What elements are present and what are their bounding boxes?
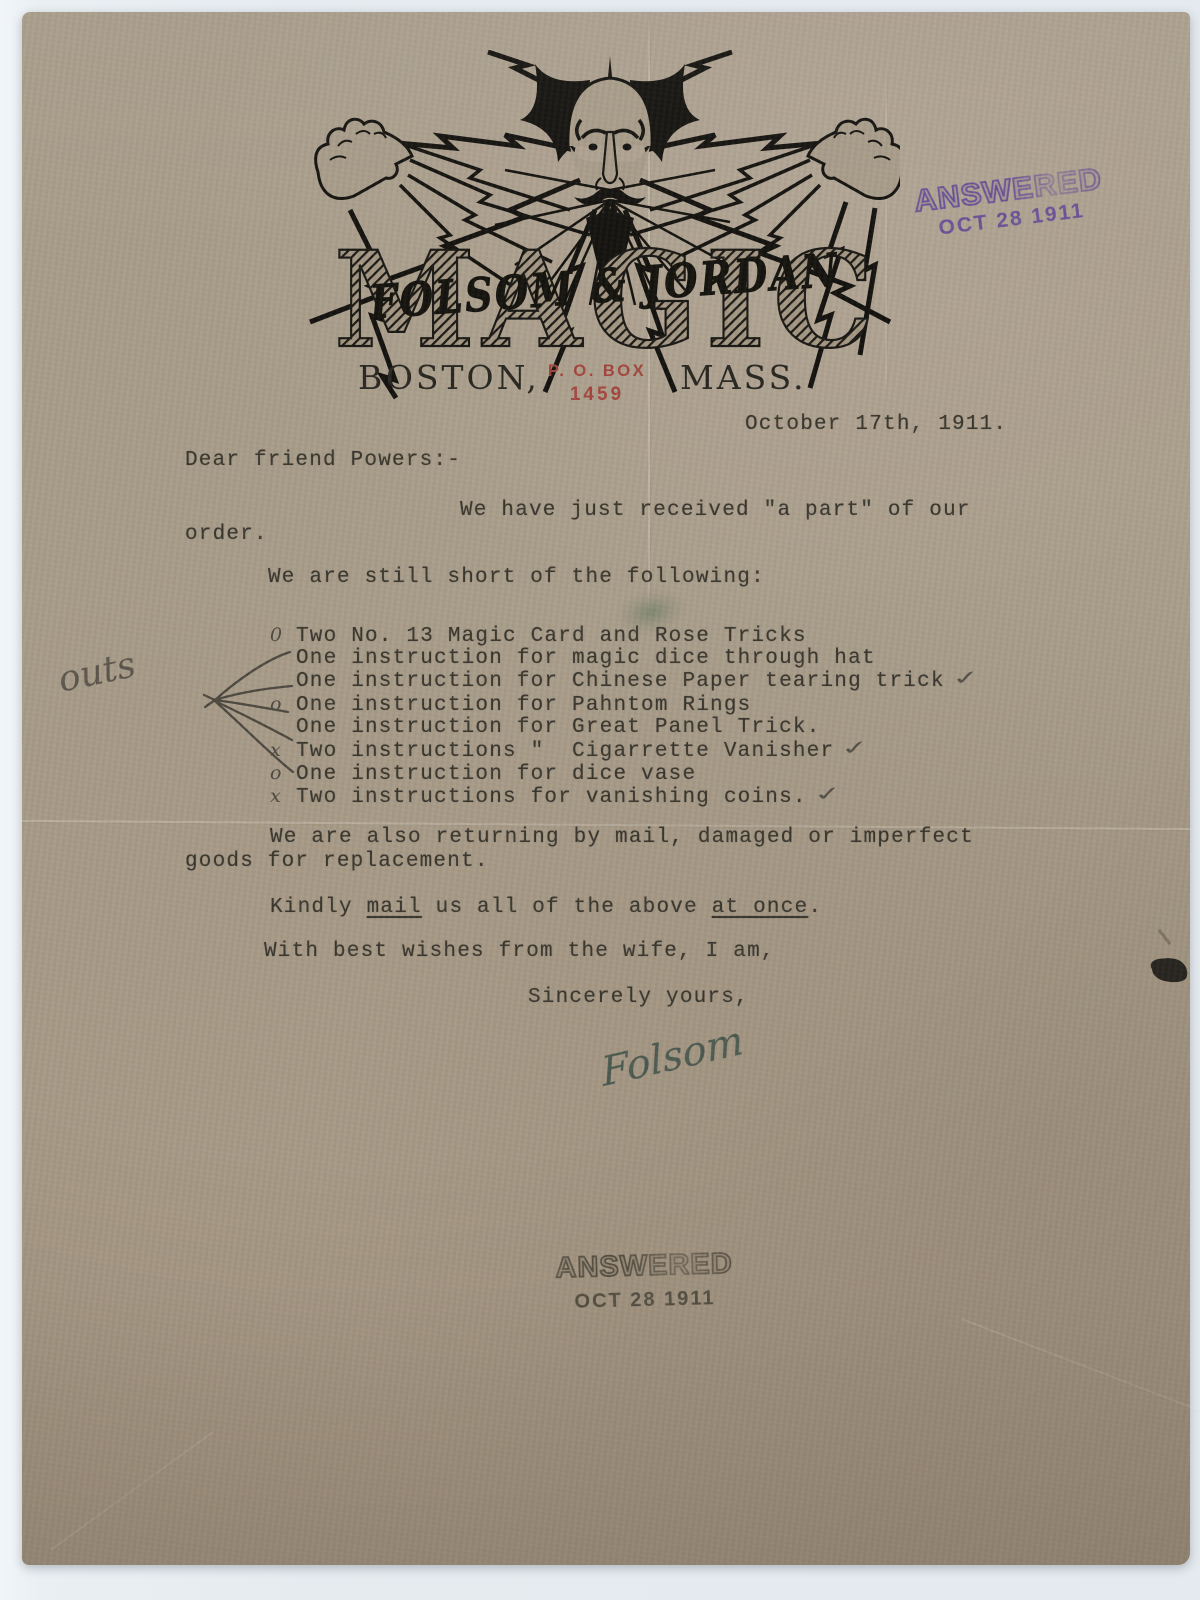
margin-note: outs	[55, 644, 140, 700]
crease-line	[962, 1318, 1200, 1427]
list-item: One instruction for Great Panel Trick.	[270, 716, 976, 739]
item-text: Two No. 13 Magic Card and Rose Tricks	[296, 625, 807, 648]
item-pencil-mark: o	[270, 693, 296, 716]
list-item: xTwo instructions " Cigarrette Vanisher✓	[270, 739, 976, 762]
finger-bolts-icon	[400, 145, 820, 288]
salutation: Dear friend Powers:-	[185, 449, 461, 472]
stamp-date: OCT 28 1911	[552, 1287, 738, 1315]
item-text: One instruction for Great Panel Trick.	[296, 716, 820, 739]
ink-blot	[1150, 954, 1191, 986]
photo-background: { "artwork": { "magic_word": "MAGIC", "c…	[0, 0, 1200, 1600]
list-item: oOne instruction for Pahntom Rings	[270, 693, 976, 716]
item-text: One instruction for Chinese Paper tearin…	[296, 670, 945, 693]
letter-date: October 17th, 1911.	[745, 413, 1007, 436]
paper-scratch	[1158, 929, 1171, 945]
paragraph-line: We are also returning by mail, damaged o…	[270, 826, 974, 849]
list-item: One instruction for Chinese Paper tearin…	[270, 670, 976, 693]
item-pencil-mark: 0	[270, 624, 296, 647]
item-text: One instruction for magic dice through h…	[296, 647, 876, 670]
po-box-number: 1459	[527, 384, 667, 406]
signature: Folsom	[599, 1018, 746, 1097]
paragraph-line: With best wishes from the wife, I am,	[264, 940, 775, 963]
text-segment: .	[808, 896, 822, 919]
crease-line	[51, 1431, 214, 1550]
answered-stamp-top: ANSWERED OCT 28 1911	[909, 160, 1110, 243]
letterhead-artwork: MAGIC FOLSOM & JORDAN	[290, 50, 900, 400]
text-segment: us all of the above	[422, 896, 712, 919]
stamp-status: ANSWERED	[909, 160, 1107, 219]
crease-line	[648, 12, 650, 632]
po-box-label: P. O. BOX	[527, 362, 667, 381]
item-pencil-mark: x	[270, 739, 296, 762]
stamp-date: OCT 28 1911	[913, 196, 1109, 244]
starburst-rays-icon	[495, 170, 730, 312]
underlined-word: at once	[712, 896, 809, 919]
item-text: One instruction for Pahntom Rings	[296, 694, 751, 717]
devil-face-icon	[520, 56, 700, 308]
list-item: 0Two No. 13 Magic Card and Rose Tricks	[270, 624, 976, 647]
paragraph-line: Kindly mail us all of the above at once.	[270, 896, 822, 919]
letter-paper: MAGIC FOLSOM & JORDAN BOSTON, P. O. BOX …	[22, 12, 1190, 1565]
paragraph-line: We have just received "a part" of our	[460, 499, 971, 522]
company-name: FOLSOM & JORDAN	[367, 243, 841, 330]
answered-stamp-bottom: ANSWERED OCT 28 1911	[551, 1248, 738, 1315]
paragraph-line: order.	[185, 523, 268, 546]
magic-wordmark: MAGIC	[334, 223, 882, 378]
underlined-word: mail	[367, 896, 422, 919]
shortage-list: 0Two No. 13 Magic Card and Rose Tricks O…	[270, 624, 976, 808]
paragraph-line: We are still short of the following:	[268, 566, 765, 589]
city-text: BOSTON,	[358, 358, 540, 397]
lightning-bolts-icon	[310, 52, 890, 398]
crease-line	[885, 72, 887, 402]
item-text: Two instructions " Cigarrette Vanisher	[296, 740, 834, 763]
list-item: xTwo instructions for vanishing coins.✓	[270, 785, 976, 808]
item-text: One instruction for dice vase	[296, 763, 696, 786]
item-pencil-mark: x	[270, 785, 296, 808]
pencil-checkmark: ✓	[811, 783, 847, 808]
stamp-status: ANSWERED	[551, 1248, 737, 1286]
pencil-checkmark: ✓	[949, 667, 985, 692]
list-item: oOne instruction for dice vase	[270, 762, 976, 785]
closing-line: Sincerely yours,	[528, 986, 749, 1009]
item-text: Two instructions for vanishing coins.	[296, 786, 807, 809]
left-hand-icon	[316, 119, 412, 198]
pencil-checkmark: ✓	[839, 737, 875, 762]
list-item: One instruction for magic dice through h…	[270, 647, 976, 670]
right-hand-icon	[808, 119, 900, 198]
item-pencil-mark: o	[270, 762, 296, 785]
paragraph-line: goods for replacement.	[185, 850, 489, 873]
state-text: MASS.	[680, 358, 807, 397]
text-segment: Kindly	[270, 896, 367, 919]
